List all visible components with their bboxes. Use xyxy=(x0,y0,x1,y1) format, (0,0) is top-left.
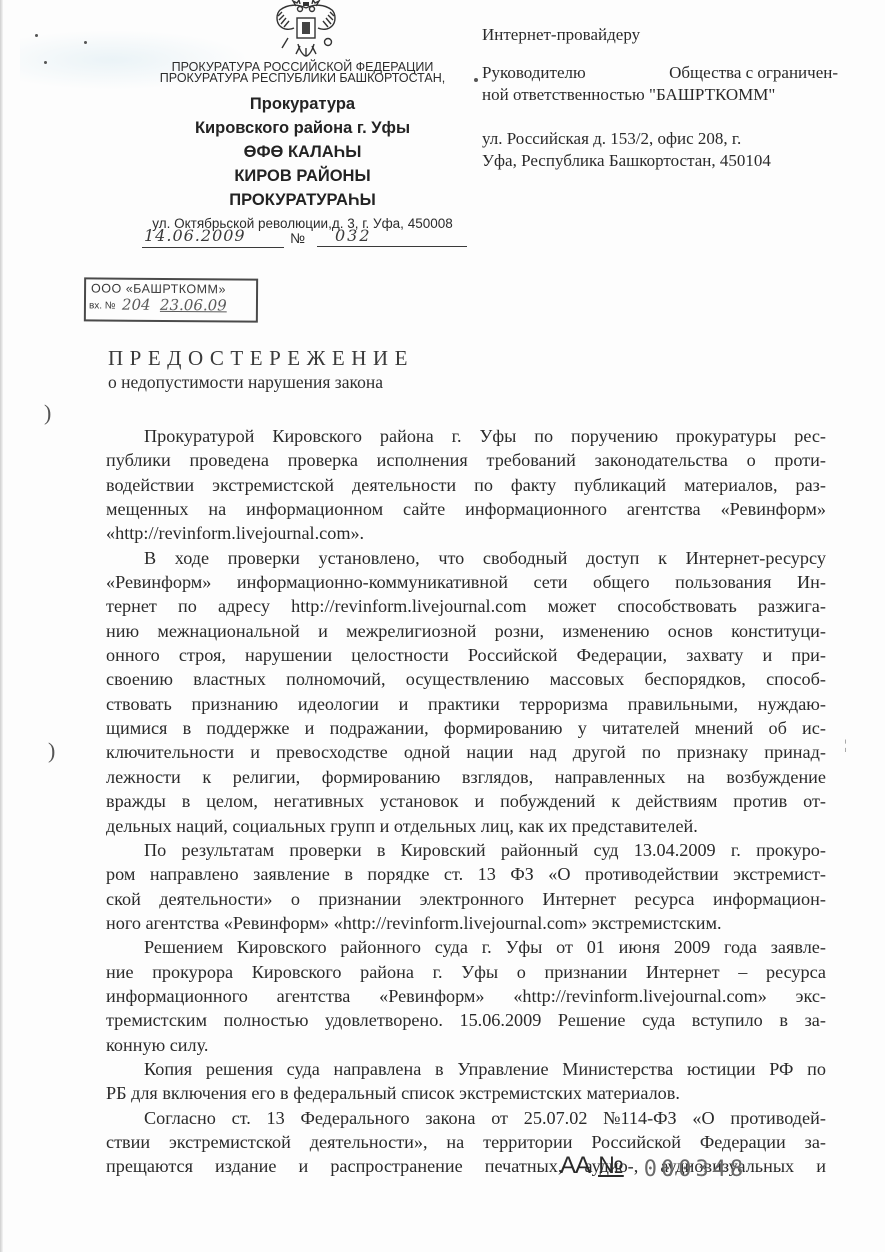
word: практики xyxy=(428,692,500,716)
form-series: АА xyxy=(560,1152,590,1179)
word: Российской xyxy=(591,1130,681,1154)
recipient-line: Руководителю Общества с ограничен- xyxy=(482,62,838,84)
word: 2009 xyxy=(674,935,710,959)
word: против xyxy=(733,789,787,813)
body-line: мещенныхнаинформационномсайтеинформацион… xyxy=(106,497,826,521)
word: за- xyxy=(805,1008,826,1032)
word: издание xyxy=(215,1154,276,1178)
word: Управление xyxy=(457,1057,548,1081)
word: Интернет xyxy=(646,960,720,984)
word: и xyxy=(250,740,260,764)
word: по xyxy=(474,473,493,497)
word: ст. xyxy=(232,1106,251,1130)
word: захвату xyxy=(686,643,743,667)
word: от xyxy=(491,1106,508,1130)
word: межнациональной xyxy=(157,619,299,643)
body-line: конную силу. xyxy=(106,1033,826,1057)
word: принад- xyxy=(764,740,826,764)
body-line: лежностикрелигии,формированиювзглядов,на… xyxy=(106,765,826,789)
word: способствовать xyxy=(617,594,737,618)
word: формированию xyxy=(444,716,563,740)
word: июня xyxy=(619,935,660,959)
issuer-bold-line: ӨФӨ КАЛАҺЫ xyxy=(130,140,475,164)
word: Российской xyxy=(468,643,558,667)
word: раз- xyxy=(795,473,825,497)
word: публикаций xyxy=(574,473,666,497)
word: 15.06.2009 xyxy=(459,1008,541,1032)
word: года xyxy=(724,935,757,959)
word: района xyxy=(380,424,434,448)
russian-coat-of-arms-icon xyxy=(270,0,342,58)
word: превосходстве xyxy=(276,740,388,764)
body-line: «http://revinform.livejournal.com». xyxy=(106,521,826,545)
word: закона xyxy=(425,1106,475,1130)
stamp-label: вх. № xyxy=(89,300,116,311)
word: требований xyxy=(487,448,576,472)
recipient-line: Интернет-провайдеру xyxy=(482,24,862,46)
body-line: «Ревинформ»информационно-коммуникативной… xyxy=(106,570,826,594)
word: мнений xyxy=(695,716,754,740)
issuer-bold-line: КИРОВ РАЙОНЫ xyxy=(130,164,475,188)
word: и xyxy=(305,716,315,740)
word: распространение xyxy=(330,1154,462,1178)
word: нуждаю- xyxy=(758,692,826,716)
word: беспорядков, xyxy=(645,667,746,691)
form-serial: 000348 xyxy=(644,1157,747,1182)
body-line: РешениемКировскогорайонногосудаг.Уфыот01… xyxy=(106,935,826,959)
word: Прокуратурой xyxy=(144,424,254,448)
word: ФЗ xyxy=(510,862,533,886)
word: Министерства xyxy=(562,1057,673,1081)
word: в xyxy=(435,1057,444,1081)
word: о xyxy=(291,887,300,911)
word: религии, xyxy=(233,765,300,789)
word: деятельности xyxy=(352,473,456,497)
word: Федерации xyxy=(700,1130,786,1154)
word: о xyxy=(747,448,756,472)
word: информационном xyxy=(246,497,383,521)
word: направлена xyxy=(334,1057,422,1081)
word: прокурора xyxy=(152,960,233,984)
scan-speck xyxy=(35,34,38,37)
word: направлено xyxy=(150,862,239,886)
word: о xyxy=(517,960,526,984)
form-number-sign: № xyxy=(598,1152,624,1179)
word: свободный xyxy=(483,546,567,570)
body-line: скойдеятельности»опризнанииэлектронногоИ… xyxy=(106,887,826,911)
word: правильными, xyxy=(628,692,738,716)
word: ходе xyxy=(175,546,209,570)
word: побуждений xyxy=(500,789,595,813)
word: порядке xyxy=(367,862,429,886)
word: деятельности» xyxy=(159,887,272,911)
word: об xyxy=(768,716,786,740)
body-line: ПорезультатампроверкивКировскийрайонныйс… xyxy=(106,838,826,862)
word: мещенных xyxy=(106,497,188,521)
recipient-title: Руководителю xyxy=(482,62,586,84)
word: вражды xyxy=(106,789,166,813)
word: Решением xyxy=(144,935,223,959)
word: за- xyxy=(805,1130,826,1154)
word: сайте xyxy=(403,497,445,521)
body-line: РБ для включения его в федеральный списо… xyxy=(106,1081,826,1105)
stamp-date: 23.06.09 xyxy=(160,296,227,314)
word: осуществлению xyxy=(406,667,530,691)
word: прокуратуры xyxy=(676,424,776,448)
word: властных xyxy=(193,667,266,691)
word: Интернет xyxy=(542,887,616,911)
word: удовлетворено. xyxy=(325,1008,443,1032)
word: на xyxy=(687,765,705,789)
word: прокуро- xyxy=(756,838,826,862)
word: информационного xyxy=(106,984,248,1008)
word: проверки xyxy=(289,838,361,862)
word: Согласно xyxy=(144,1106,216,1130)
word: г. xyxy=(433,960,443,984)
word: ресурса xyxy=(766,960,826,984)
word: ст. xyxy=(444,862,463,886)
word: водействии xyxy=(106,473,194,497)
word: экстремист- xyxy=(733,862,826,886)
word: проверки xyxy=(228,546,300,570)
margin-mark: ¦ xyxy=(844,738,847,754)
word: целом, xyxy=(206,789,258,813)
word: законодательства xyxy=(595,448,728,472)
word: исполнения xyxy=(377,448,468,472)
margin-mark: ) xyxy=(44,400,51,426)
word: розни, xyxy=(495,619,544,643)
word: факту xyxy=(511,473,556,497)
word: и xyxy=(474,789,484,813)
word: и xyxy=(762,643,772,667)
word: в xyxy=(344,862,353,886)
word: доступ xyxy=(586,546,639,570)
body-line: ного агентства «Ревинформ» «http://revin… xyxy=(106,911,826,935)
word: Ин- xyxy=(797,570,826,594)
word: г. xyxy=(482,935,492,959)
word: нию xyxy=(106,619,139,643)
word: ис- xyxy=(802,716,826,740)
word: сети xyxy=(533,570,567,594)
body-line: ствоватьпризнаниюидеологииипрактикитерро… xyxy=(106,692,826,716)
word: нации xyxy=(466,740,513,764)
word: информационно-коммуникативной xyxy=(237,570,508,594)
number-label: № xyxy=(290,230,305,246)
issuer-bold-line: ПРОКУРАТУРАҺЫ xyxy=(130,188,475,212)
scan-speck xyxy=(84,41,87,44)
word: конституци- xyxy=(731,619,826,643)
word: возбуждение xyxy=(726,765,826,789)
body-line: водействииэкстремистскойдеятельностипофа… xyxy=(106,473,826,497)
word: установок xyxy=(380,789,459,813)
outgoing-number: 032 xyxy=(317,226,467,247)
word: Федерации, xyxy=(577,643,667,667)
body-line: ромнаправленозаявлениевпорядкест.13ФЗ«Оп… xyxy=(106,862,826,886)
word: «Ревинформ» xyxy=(721,497,826,521)
word: 13.04.2009 xyxy=(634,838,716,862)
word: ние xyxy=(106,960,134,984)
body-line: дельных наций, социальных групп и отдель… xyxy=(106,814,826,838)
word: что xyxy=(438,546,464,570)
word: по xyxy=(534,424,553,448)
word: Копия xyxy=(144,1057,192,1081)
word: противодей- xyxy=(730,1106,826,1130)
body-line: ниюмежнациональнойимежрелигиознойрозни,и… xyxy=(106,619,826,643)
word: поручению xyxy=(571,424,658,448)
word: Кировского xyxy=(237,935,327,959)
scan-speck xyxy=(44,61,47,64)
word: №114-ФЗ xyxy=(603,1106,677,1130)
word: к xyxy=(611,789,620,813)
word: Решение xyxy=(558,1008,626,1032)
word: признаку xyxy=(677,740,748,764)
word: по xyxy=(807,1057,826,1081)
word: 25.07.02 xyxy=(524,1106,588,1130)
word: агентства xyxy=(627,497,701,521)
word: адресу xyxy=(218,594,270,618)
word: проведена xyxy=(190,448,269,472)
body-line: враждывцелом,негативныхустановокипобужде… xyxy=(106,789,826,813)
word: г. xyxy=(452,424,462,448)
word: ресурса xyxy=(635,887,695,911)
word: взглядов, xyxy=(462,765,533,789)
word: суда xyxy=(642,1008,675,1032)
word: онного xyxy=(106,643,160,667)
word: изменению xyxy=(562,619,649,643)
word: строя, xyxy=(179,643,226,667)
body-line: публикипроведенапроверкаисполнениятребов… xyxy=(106,448,826,472)
word: Кировский xyxy=(401,838,486,862)
word: «http://revinform.livejournal.com» xyxy=(513,984,767,1008)
word: районного xyxy=(340,935,421,959)
word: заявление xyxy=(253,862,330,886)
word: негативных xyxy=(274,789,364,813)
word: прещаются xyxy=(106,1154,193,1178)
body-line: ПрокуратуройКировскогорайонаг.Уфыпопоруч… xyxy=(106,424,826,448)
word: одной xyxy=(404,740,450,764)
word: над xyxy=(530,740,557,764)
word: от- xyxy=(803,789,826,813)
word: и xyxy=(816,1154,826,1178)
word: территории xyxy=(483,1130,572,1154)
word: признанию xyxy=(192,692,279,716)
word: нарушении xyxy=(245,643,332,667)
body-line: щимисявподдержкеиподражании,формированию… xyxy=(106,716,826,740)
word: 01 xyxy=(587,935,605,959)
word: Интернет-ресурсу xyxy=(686,546,826,570)
body-line: информационногоагентства«Ревинформ»«http… xyxy=(106,984,826,1008)
outgoing-registration: 14.06.2009 № 032 xyxy=(142,226,467,252)
word: http://revinform.livejournal.com xyxy=(291,594,526,618)
word: терроризма xyxy=(519,692,608,716)
recipient-address: Уфа, Республика Башкортостан, 450104 xyxy=(482,150,862,172)
word: своению xyxy=(106,667,173,691)
body-line: ствииэкстремистскойдеятельности»,натерри… xyxy=(106,1130,826,1154)
word: лежности xyxy=(106,765,181,789)
word: «О xyxy=(548,862,570,886)
margin-mark: ) xyxy=(48,738,55,764)
stamp-number: 204 xyxy=(122,296,151,314)
word: РФ xyxy=(769,1057,793,1081)
word: может xyxy=(548,594,597,618)
word: района xyxy=(360,960,414,984)
word: проверка xyxy=(288,448,358,472)
body-line: ключительностиипревосходствеоднойнациина… xyxy=(106,740,826,764)
word: ром xyxy=(106,862,135,886)
word: пользования xyxy=(675,570,771,594)
word: установлено, xyxy=(319,546,420,570)
word: экстремистской xyxy=(212,473,334,497)
word: признании xyxy=(318,887,401,911)
issuer-bold-line: Прокуратура xyxy=(130,92,475,116)
body-line: ниепрокурораКировскогорайонаг.Уфыопризна… xyxy=(106,960,826,984)
document-page: ПРОКУРАТУРА РОССИЙСКОЙ ФЕДЕРАЦИИ ПРОКУРА… xyxy=(0,0,885,1252)
word: и xyxy=(399,692,409,716)
word: подражании, xyxy=(330,716,429,740)
document-subtitle: о недопустимости нарушения закона xyxy=(108,372,383,393)
word: 13 xyxy=(267,1106,285,1130)
word: в xyxy=(182,789,191,813)
word: ствии xyxy=(106,1130,150,1154)
stamp-org: ООО «БАШРТКОММ» xyxy=(91,281,226,296)
word: щимися xyxy=(106,716,167,740)
word: решения xyxy=(206,1057,273,1081)
recipient-address: ул. Российская д. 153/2, офис 208, г. xyxy=(482,128,862,150)
word: поддержке xyxy=(206,716,289,740)
word: «О xyxy=(692,1106,714,1130)
word: Федерального xyxy=(300,1106,409,1130)
body-line: своениювластныхполномочий,осуществлениюм… xyxy=(106,667,826,691)
form-serial-number: АА № 000348 xyxy=(560,1152,747,1180)
word: к xyxy=(202,765,211,789)
word: Кировского xyxy=(252,960,342,984)
outgoing-date: 14.06.2009 xyxy=(142,226,284,248)
recipient-line: ной ответственностью "БАШРТКОММ" xyxy=(482,84,862,106)
word: направленных xyxy=(555,765,666,789)
word: формированию xyxy=(322,765,441,789)
word: суда xyxy=(287,1057,320,1081)
word: на xyxy=(208,497,226,521)
word: массовых xyxy=(550,667,625,691)
word: агентства xyxy=(277,984,351,1008)
word: читателей xyxy=(602,716,680,740)
word: В xyxy=(144,546,156,570)
word: межрелигиозной xyxy=(346,619,476,643)
word: рес- xyxy=(794,424,826,448)
body-line: Входепроверкиустановлено,чтосвободныйдос… xyxy=(106,546,826,570)
word: По xyxy=(144,838,166,862)
word: ствовать xyxy=(106,692,172,716)
word: – xyxy=(738,960,747,984)
incoming-stamp: ООО «БАШРТКОММ» вх. № 204 23.06.09 xyxy=(84,277,258,322)
word: ской xyxy=(106,887,141,911)
word: суда xyxy=(435,935,468,959)
word: заявле- xyxy=(771,935,826,959)
word: признании xyxy=(544,960,627,984)
recipient-org: Общества с ограничен- xyxy=(669,62,838,84)
word: суд xyxy=(594,838,619,862)
body-line: Согласност.13Федеральногозаконаот25.07.0… xyxy=(106,1106,826,1130)
word: информацион- xyxy=(713,887,826,911)
word: на xyxy=(446,1130,464,1154)
word: действиям xyxy=(636,789,717,813)
word: способ- xyxy=(766,667,826,691)
word: другой xyxy=(573,740,626,764)
word: при- xyxy=(791,643,826,667)
word: идеологии xyxy=(298,692,379,716)
document-body: ПрокуратуройКировскогорайонаг.Уфыпопоруч… xyxy=(106,424,826,1179)
word: у xyxy=(578,716,587,740)
word: полностью xyxy=(224,1008,309,1032)
word: 13 xyxy=(478,862,496,886)
word: материалов, xyxy=(684,473,777,497)
word: вступило xyxy=(692,1008,763,1032)
word: «Ревинформ» xyxy=(379,984,484,1008)
word: районный xyxy=(501,838,578,862)
word: основ xyxy=(668,619,713,643)
issuer-line: ПРОКУРАТУРА РЕСПУБЛИКИ БАШКОРТОСТАН, xyxy=(130,73,475,84)
word: тремистским xyxy=(106,1008,207,1032)
word: по xyxy=(642,740,661,764)
word: юстиции xyxy=(687,1057,756,1081)
word: разжига- xyxy=(758,594,826,618)
issuer-block: ПРОКУРАТУРА РОССИЙСКОЙ ФЕДЕРАЦИИ ПРОКУРА… xyxy=(130,62,475,234)
recipient-block: Интернет-провайдеру Руководителю Обществ… xyxy=(482,24,862,172)
word: деятельности», xyxy=(310,1130,428,1154)
word: Уфы xyxy=(505,935,542,959)
word: Уфы xyxy=(479,424,516,448)
word: и xyxy=(299,1154,309,1178)
word: результатам xyxy=(181,838,274,862)
word: печатных, xyxy=(485,1154,563,1178)
word: в xyxy=(183,716,192,740)
word: Уфы xyxy=(461,960,498,984)
word: информационного xyxy=(465,497,607,521)
word: и xyxy=(318,619,328,643)
body-line: тернетпоадресуhttp://revinform.livejourn… xyxy=(106,594,826,618)
word: противодействии xyxy=(585,862,719,886)
word: экстремистской xyxy=(169,1130,291,1154)
word: в xyxy=(779,1008,788,1032)
issuer-bold-line: Кировского района г. Уфы xyxy=(130,116,475,140)
word: электронного xyxy=(420,887,524,911)
word: публики xyxy=(106,448,171,472)
word: от xyxy=(556,935,573,959)
scan-edge xyxy=(0,0,3,1252)
word: проти- xyxy=(775,448,826,472)
word: экс- xyxy=(796,984,826,1008)
body-line: КопиярешениясуданаправленавУправлениеМин… xyxy=(106,1057,826,1081)
word: тернет xyxy=(106,594,157,618)
word: г. xyxy=(731,838,741,862)
word: к xyxy=(658,546,667,570)
word: полномочий, xyxy=(286,667,385,691)
word: в xyxy=(377,838,386,862)
document-title: ПРЕДОСТЕРЕЖЕНИЕ xyxy=(108,346,414,371)
word: Кировского xyxy=(272,424,362,448)
body-line: тремистскимполностьюудовлетворено.15.06.… xyxy=(106,1008,826,1032)
word: «Ревинформ» xyxy=(106,570,211,594)
word: целостности xyxy=(351,643,448,667)
body-line: онногостроя,нарушениицелостностиРоссийск… xyxy=(106,643,826,667)
word: общего xyxy=(593,570,650,594)
word: по xyxy=(178,594,197,618)
word: ключительности xyxy=(106,740,234,764)
